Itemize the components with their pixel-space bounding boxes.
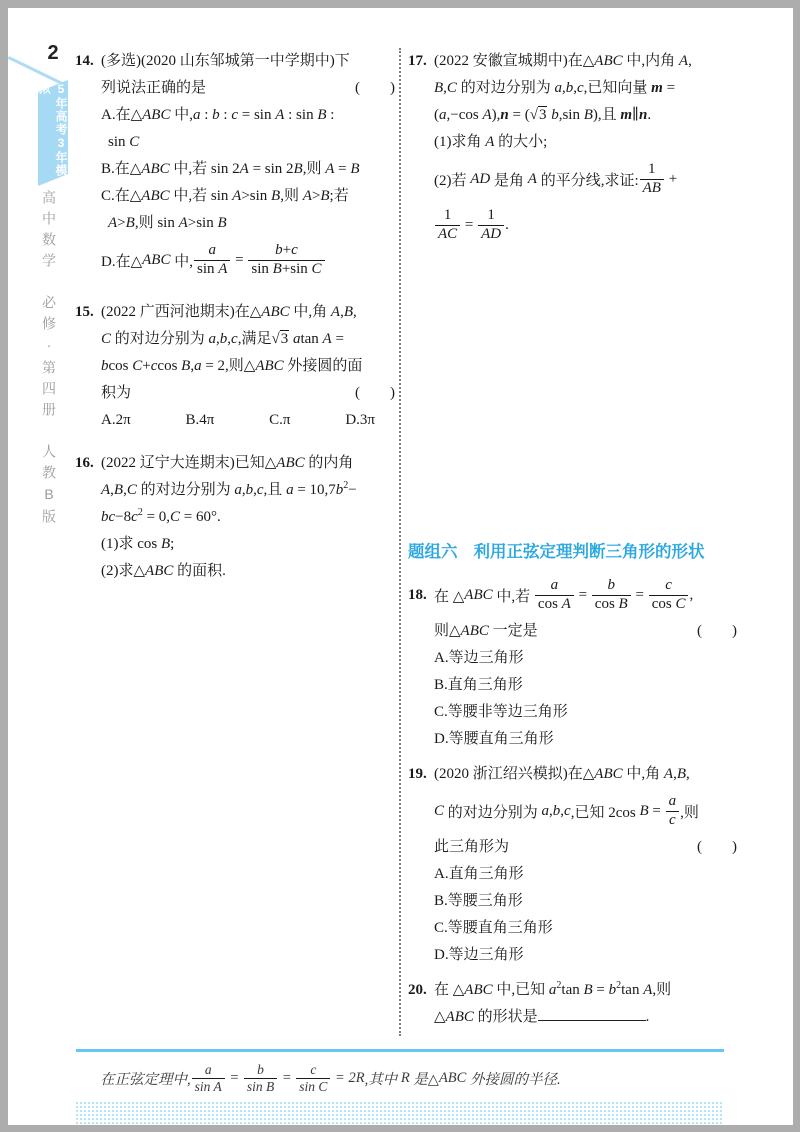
text: = xyxy=(632,587,648,604)
text: = xyxy=(231,252,247,269)
fraction-denominator: AB xyxy=(640,179,664,198)
variable: b xyxy=(101,358,109,374)
variable: A xyxy=(218,261,227,277)
text: C.等腰直角三角形 xyxy=(434,920,553,936)
variable: A xyxy=(108,215,117,231)
problem-line: B.直角三角形 xyxy=(408,672,739,699)
problem: 19.(2020 浙江绍兴模拟)在△ABC 中,角 A,B,C 的对边分别为 a… xyxy=(408,761,739,969)
text: ,则 xyxy=(652,982,671,998)
option-item: D.3π xyxy=(345,407,375,434)
series-banner-label: 5年高考3年模拟 xyxy=(36,82,70,186)
variable: ABC xyxy=(145,563,173,579)
problems-column-right: 17.(2022 安徽宣城期中)在△ABC 中,内角 A,B,C 的对边分别为 … xyxy=(408,48,739,1039)
variable: AC xyxy=(438,226,457,242)
text: ,则 sin xyxy=(135,215,179,231)
section-header: 题组六利用正弦定理判断三角形的形状 xyxy=(408,540,739,564)
text: sin xyxy=(195,1079,214,1094)
text: 积为 xyxy=(101,385,131,401)
text: 在 △ xyxy=(434,585,464,606)
problem-line: bcos C+ccos B,a = 2,则△ABC 外接圆的面 xyxy=(75,353,397,380)
variable: B xyxy=(271,188,280,204)
text: D.等边三角形 xyxy=(434,947,524,963)
text: , xyxy=(686,766,690,782)
page: 2 5年高考3年模拟 高中数学 必修·第四册 人教B版 14.(多选)(2020… xyxy=(8,8,793,1125)
text: 中,若 xyxy=(493,585,534,606)
text: 的对边分别为 xyxy=(111,331,209,347)
variable: C xyxy=(675,596,685,612)
variable: a xyxy=(205,1062,212,1077)
text: . xyxy=(646,1009,650,1025)
problem-line: 此三角形为( ) xyxy=(408,834,739,861)
text: = xyxy=(334,161,350,177)
variable: a xyxy=(208,242,216,258)
text: ,已知 2cos xyxy=(571,801,640,822)
variable: c xyxy=(665,577,672,593)
problem-line: B.在△ABC 中,若 sin 2A = sin 2B,则 A = B xyxy=(75,156,397,183)
fraction: 1AD xyxy=(478,207,504,243)
variable: B xyxy=(217,215,226,231)
fraction: csin C xyxy=(296,1062,330,1095)
problem-line: (2)求△ABC 的面积. xyxy=(75,558,397,585)
text: A.等边三角形 xyxy=(434,650,524,666)
variable: C xyxy=(127,482,137,498)
problem-line: B.等腰三角形 xyxy=(408,888,739,915)
text: 的大小; xyxy=(494,134,547,150)
variable: c xyxy=(231,107,238,123)
text: ,则 xyxy=(303,161,326,177)
fraction: asin A xyxy=(194,242,230,278)
text: , xyxy=(688,53,692,69)
text: ,已知向量 xyxy=(584,80,652,96)
problem-line: 列说法正确的是( ) xyxy=(75,75,397,102)
text: B.等腰三角形 xyxy=(434,893,523,909)
variable: b xyxy=(246,482,254,498)
text: 的形状是 xyxy=(474,1009,538,1025)
text: ,则 xyxy=(680,801,699,822)
text: 中,已知 xyxy=(493,982,549,998)
text: A.在△ xyxy=(101,107,142,123)
variable: B xyxy=(317,107,326,123)
variable: B xyxy=(273,261,282,277)
text: sin xyxy=(251,261,272,277)
text: sin xyxy=(197,261,218,277)
variable: A xyxy=(303,188,312,204)
section-header-tag: 题组六 xyxy=(408,543,458,561)
text: = ( xyxy=(509,107,530,123)
text: cos xyxy=(595,596,619,612)
text: 3 xyxy=(539,107,547,123)
variable: a xyxy=(234,482,242,498)
problem-line: C.等腰非等边三角形 xyxy=(408,699,739,726)
problem-line: A.在△ABC 中,a : b : c = sin A : sin B : xyxy=(75,102,397,129)
text: C.等腰非等边三角形 xyxy=(434,704,568,720)
fraction-numerator: c xyxy=(296,1062,330,1078)
variable: B xyxy=(619,596,628,612)
column-divider xyxy=(399,48,401,1036)
variable: A xyxy=(562,596,571,612)
fraction-denominator: cos B xyxy=(592,595,631,614)
fraction: ccos C xyxy=(649,577,689,613)
fraction-numerator: b xyxy=(244,1062,277,1078)
text: ,则 xyxy=(280,188,303,204)
text: B.在△ xyxy=(101,161,141,177)
text: 在 △ xyxy=(434,982,464,998)
problem-line: (1)求 cos B; xyxy=(75,531,397,558)
text: 的对边分别为 xyxy=(457,80,555,96)
problem-line: D.在△ABC 中,asin A = b+csin B+sin C xyxy=(75,237,397,283)
fraction-denominator: c xyxy=(666,811,680,830)
text: = xyxy=(332,331,344,347)
fraction: 1AB xyxy=(640,161,664,197)
text: = 60°. xyxy=(180,509,221,525)
text: 是角 xyxy=(490,169,528,190)
text: ,sin xyxy=(559,107,584,123)
variable: AB xyxy=(643,180,661,196)
variable: R xyxy=(401,1070,410,1087)
fraction-numerator: 1 xyxy=(640,161,664,179)
problem-line: (1)求角 A 的大小; xyxy=(408,129,739,156)
text: >sin xyxy=(188,215,218,231)
variable: AD xyxy=(470,171,490,188)
variable: A xyxy=(179,215,188,231)
variable: B xyxy=(677,766,686,782)
variable: C xyxy=(447,80,457,96)
text: (1)求角 xyxy=(434,134,485,150)
fraction-denominator: sin A xyxy=(192,1078,225,1095)
text: (2020 浙江绍兴模拟)在△ xyxy=(434,766,594,782)
text: = xyxy=(278,1070,295,1087)
variable: b xyxy=(212,107,220,123)
text: 的平分线,求证: xyxy=(537,169,639,190)
answer-parentheses: ( ) xyxy=(697,618,737,645)
text: . xyxy=(647,107,651,123)
text: 中, xyxy=(170,107,193,123)
text: 则△ xyxy=(434,623,461,639)
text: 是△ xyxy=(410,1068,439,1089)
variable: a xyxy=(551,577,559,593)
variable: ABC xyxy=(261,304,289,320)
text: cos xyxy=(652,596,676,612)
problem: 17.(2022 安徽宣城期中)在△ABC 中,内角 A,B,C 的对边分别为 … xyxy=(408,48,739,248)
variable: B xyxy=(114,482,123,498)
vector-variable: m xyxy=(620,107,632,123)
text: 此三角形为 xyxy=(434,839,509,855)
problems-column-left: 14.(多选)(2020 山东邹城第一中学期中)下列说法正确的是( )A.在△A… xyxy=(75,48,397,593)
problem-number: 15. xyxy=(75,299,101,326)
variable: B xyxy=(320,188,329,204)
text: (多选)(2020 山东邹城第一中学期中)下 xyxy=(101,53,350,69)
variable: ABC xyxy=(142,107,170,123)
fraction-denominator: sin C xyxy=(296,1078,330,1095)
text: +sin xyxy=(282,261,312,277)
text: : xyxy=(220,107,232,123)
text: tan xyxy=(621,982,643,998)
problem: 18.在 △ABC 中,若 acos A = bcos B = ccos C,则… xyxy=(408,572,739,753)
variable: c xyxy=(564,803,571,820)
problem: 16.(2022 辽宁大连期末)已知△ABC 的内角A,B,C 的对边分别为 a… xyxy=(75,450,397,585)
page-number: 2 xyxy=(38,42,68,65)
variable: c xyxy=(257,482,264,498)
text: = 10,7 xyxy=(294,482,336,498)
option-item: C.π xyxy=(269,407,290,434)
problem-line: C.等腰直角三角形 xyxy=(408,915,739,942)
variable: a xyxy=(194,358,202,374)
scanned-textbook-page: { "page": {"number": "2"}, "sidebar": { … xyxy=(0,0,800,1132)
variable: ABC xyxy=(464,982,492,998)
text: − xyxy=(348,482,356,498)
text: (1)求 cos xyxy=(101,536,161,552)
radical-sign-icon: √ xyxy=(271,331,279,347)
square-root: √3 xyxy=(271,330,289,347)
variable: b xyxy=(608,577,616,593)
text: ),且 xyxy=(593,107,621,123)
fraction-denominator: sin A xyxy=(194,260,230,279)
text: △ xyxy=(434,1009,446,1025)
text: tan xyxy=(300,331,322,347)
text: = xyxy=(649,803,665,820)
variable: A xyxy=(482,107,491,123)
text: . xyxy=(505,217,509,234)
problem-line: (a,−cos A),n = (√3 b,sin B),且 m∥n. xyxy=(408,102,739,129)
fraction-numerator: 1 xyxy=(478,207,504,225)
answer-parentheses: ( ) xyxy=(355,75,395,102)
text: 的内角 xyxy=(305,455,354,471)
text: ,其中 xyxy=(365,1068,401,1089)
text: 的对边分别为 xyxy=(444,801,542,822)
variable: c xyxy=(577,80,584,96)
text: : sin xyxy=(284,107,317,123)
variable: a xyxy=(209,331,217,347)
text: 中,内角 xyxy=(623,53,679,69)
problem-line: bc−8c2 = 0,C = 60°. xyxy=(75,504,397,531)
fraction: acos A xyxy=(535,577,574,613)
variable: C xyxy=(312,261,322,277)
text: 1 xyxy=(487,207,495,223)
text: D.等腰直角三角形 xyxy=(434,731,554,747)
text: tan xyxy=(561,982,583,998)
variable: C xyxy=(318,1079,327,1094)
text: (2022 广西河池期末)在△ xyxy=(101,304,261,320)
text: 中, xyxy=(170,250,193,271)
text: 的面积. xyxy=(173,563,226,579)
variable: B xyxy=(344,304,353,320)
problem-line: A.直角三角形 xyxy=(408,861,739,888)
text: (2)若 xyxy=(434,169,470,190)
fraction-numerator: a xyxy=(535,577,574,595)
variable: c xyxy=(310,1062,316,1077)
variable: ABC xyxy=(464,587,492,604)
variable: a xyxy=(669,793,677,809)
text: = 0, xyxy=(143,509,170,525)
problem-line: (2)若 AD 是角 A 的平分线,求证:1AB + xyxy=(408,156,739,202)
text: sin xyxy=(299,1079,318,1094)
variable: A xyxy=(679,53,688,69)
problem-number: 17. xyxy=(408,48,434,75)
fraction-denominator: AD xyxy=(478,225,504,244)
variable: ABC xyxy=(439,1070,466,1087)
variable: B xyxy=(350,161,359,177)
variable: A xyxy=(331,304,340,320)
text: sin xyxy=(247,1079,266,1094)
problem-line: 20.在 △ABC 中,已知 a2tan B = b2tan A,则 xyxy=(408,977,739,1004)
fraction-numerator: a xyxy=(192,1062,225,1078)
text: (2)求△ xyxy=(101,563,145,579)
text: ; xyxy=(170,536,174,552)
problem-line: D.等边三角形 xyxy=(408,942,739,969)
text: + xyxy=(665,171,677,188)
radicand: 3 xyxy=(280,330,290,347)
fraction-denominator: AC xyxy=(435,225,460,244)
fraction: ac xyxy=(666,793,680,829)
variable: A xyxy=(101,482,110,498)
problem-line: 14.(多选)(2020 山东邹城第一中学期中)下 xyxy=(75,48,397,75)
text: 外接圆的面 xyxy=(284,358,363,374)
variable: C xyxy=(434,803,444,820)
variable: A xyxy=(240,161,249,177)
text: cos xyxy=(157,358,181,374)
square-root: √3 xyxy=(530,106,548,123)
problem-line: A.等边三角形 xyxy=(408,645,739,672)
answer-parentheses: ( ) xyxy=(697,834,737,861)
text: ,−cos xyxy=(447,107,483,123)
text: 1 xyxy=(648,161,656,177)
problem-line: 积为( ) xyxy=(75,380,397,407)
variable: b xyxy=(257,1062,264,1077)
text: = xyxy=(593,982,609,998)
answer-blank xyxy=(538,1005,646,1021)
variable: ABC xyxy=(446,1009,474,1025)
vector-variable: n xyxy=(500,107,508,123)
option-item: A.2π xyxy=(101,407,131,434)
problem-line: 则△ABC 一定是( ) xyxy=(408,618,739,645)
variable: A xyxy=(664,766,673,782)
fraction-denominator: sin B+sin C xyxy=(248,260,324,279)
variable: B xyxy=(584,107,593,123)
fraction-numerator: a xyxy=(666,793,680,811)
text: ,满足 xyxy=(238,331,272,347)
fraction-numerator: b xyxy=(592,577,631,595)
variable: B xyxy=(583,982,592,998)
text: = xyxy=(575,587,591,604)
problem-line: A,B,C 的对边分别为 a,b,c,且 a = 10,7b2− xyxy=(75,477,397,504)
radical-sign-icon: √ xyxy=(530,107,538,123)
text: : xyxy=(200,107,212,123)
text: (2022 安徽宣城期中)在△ xyxy=(434,53,594,69)
text: > xyxy=(117,215,125,231)
text: 1 xyxy=(444,207,452,223)
problem-line: sin C xyxy=(75,129,397,156)
variable: a xyxy=(554,80,562,96)
text: 列说法正确的是 xyxy=(101,80,206,96)
variable: ABC xyxy=(594,53,622,69)
variable: a xyxy=(439,107,447,123)
text: 一定是 xyxy=(489,623,538,639)
problem-line: 17.(2022 安徽宣城期中)在△ABC 中,内角 A, xyxy=(408,48,739,75)
text: = xyxy=(663,80,675,96)
section-header-title: 利用正弦定理判断三角形的形状 xyxy=(474,543,705,561)
variable: ABC xyxy=(141,161,169,177)
problem-number: 16. xyxy=(75,450,101,477)
fraction-numerator: c xyxy=(649,577,689,595)
variable: C xyxy=(129,134,139,150)
fraction: bcos B xyxy=(592,577,631,613)
problem: 15.(2022 广西河池期末)在△ABC 中,角 A,B,C 的对边分别为 a… xyxy=(75,299,397,434)
variable: A xyxy=(214,1079,222,1094)
variable: C xyxy=(101,331,111,347)
variable: C xyxy=(170,509,180,525)
decorative-dot-band xyxy=(75,1101,723,1125)
variable: c xyxy=(669,812,676,828)
text: = xyxy=(226,1070,243,1087)
option-item: B.4π xyxy=(186,407,215,434)
problem-line: A>B,则 sin A>sin B xyxy=(75,210,397,237)
variable: AD xyxy=(481,226,501,242)
variable: C xyxy=(132,358,142,374)
text: 中,若 sin 2 xyxy=(170,161,240,177)
text: >sin xyxy=(241,188,271,204)
fraction: asin A xyxy=(192,1062,225,1095)
problem-number: 19. xyxy=(408,761,434,788)
variable: B xyxy=(161,536,170,552)
problem-number: 18. xyxy=(408,587,434,604)
fraction-numerator: 1 xyxy=(435,207,460,225)
problem-line: 19.(2020 浙江绍兴模拟)在△ABC 中,角 A,B, xyxy=(408,761,739,788)
fraction: b+csin B+sin C xyxy=(248,242,324,278)
problem-line: △ABC 的形状是. xyxy=(408,1004,739,1031)
problem-number: 14. xyxy=(75,48,101,75)
text: ,且 xyxy=(264,482,287,498)
variable: B xyxy=(266,1079,274,1094)
book-edition-label: 高中数学 必修·第四册 人教B版 xyxy=(39,190,59,610)
text: 的对边分别为 xyxy=(137,482,235,498)
radicand: 3 xyxy=(538,106,548,123)
problem-line: 16.(2022 辽宁大连期末)已知△ABC 的内角 xyxy=(75,450,397,477)
text: , xyxy=(689,587,693,604)
text: = sin xyxy=(238,107,275,123)
variable: b xyxy=(551,107,559,123)
variable: B xyxy=(434,80,443,96)
variable: A xyxy=(275,107,284,123)
problem-line: 1AC = 1AD. xyxy=(408,202,739,248)
variable: bc xyxy=(101,509,115,525)
text: 外接圆的半径. xyxy=(466,1068,560,1089)
text: D.在△ xyxy=(101,250,142,271)
problem-line: 18.在 △ABC 中,若 acos A = bcos B = ccos C, xyxy=(408,572,739,618)
variable: ABC xyxy=(255,358,283,374)
text: cos xyxy=(538,596,562,612)
footer-note: 在正弦定理中,asin A = bsin B = csin C = 2R,其中 … xyxy=(100,1056,740,1100)
text: + xyxy=(142,358,150,374)
answer-parentheses: ( ) xyxy=(355,380,395,407)
variable: c xyxy=(291,242,298,258)
variable: B xyxy=(639,803,648,820)
variable: b xyxy=(609,982,617,998)
variable: B xyxy=(294,161,303,177)
text: cos xyxy=(109,358,133,374)
variable: b xyxy=(275,242,283,258)
variable: a xyxy=(542,803,550,820)
text: 在正弦定理中, xyxy=(100,1068,191,1089)
problem-line: C 的对边分别为 a,b,c,已知 2cos B = ac,则 xyxy=(408,788,739,834)
problem-line: A.2πB.4πC.πD.3π xyxy=(75,407,397,434)
text: = 2,则△ xyxy=(202,358,256,374)
variable: ABC xyxy=(594,766,622,782)
fraction: bsin B xyxy=(244,1062,277,1095)
problem: 20.在 △ABC 中,已知 a2tan B = b2tan A,则△ABC 的… xyxy=(408,977,739,1031)
text: ;若 xyxy=(330,188,349,204)
fraction-numerator: a xyxy=(194,242,230,260)
variable: ABC xyxy=(461,623,489,639)
